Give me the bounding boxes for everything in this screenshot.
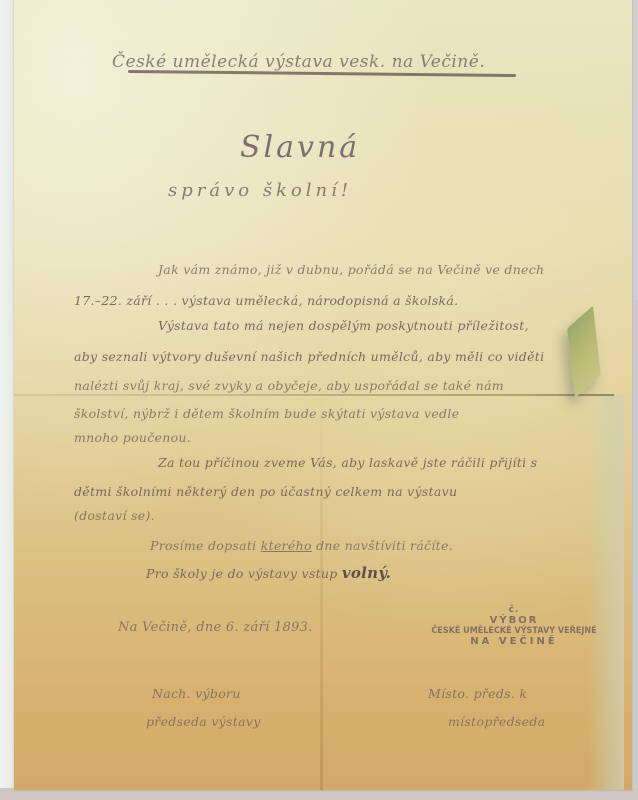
free-entry-emphasis: volný. xyxy=(342,564,391,582)
horizontal-fold-line xyxy=(14,394,614,396)
closing-request-line: Prosíme dopsati kterého dne navštíviti r… xyxy=(150,538,453,553)
body-line: Výstava tato má nejen dospělým poskytnou… xyxy=(158,318,529,333)
letterhead-title: České umělecká výstava vesk. na Večině. xyxy=(112,52,485,72)
body-line: nalézti svůj kraj, své zvyky a obyčeje, … xyxy=(74,378,504,393)
free-entry-text: Pro školy je do výstavy vstup xyxy=(146,566,338,581)
closing-request-text: Prosíme dopsati kterého dne navštíviti r… xyxy=(150,538,453,553)
signature-right-name: místopředseda xyxy=(448,714,545,729)
signature-left-name: předseda výstavy xyxy=(146,714,261,729)
stamp-mark: č. xyxy=(424,605,604,615)
body-line: Za tou příčinou zveme Vás, aby laskavě j… xyxy=(158,455,537,470)
signature-right-title: Místo. předs. k xyxy=(428,686,527,701)
underlined-word: kterého xyxy=(261,538,312,553)
body-line: (dostaví se). xyxy=(74,508,155,523)
stamp-line-3: NA VEČINĚ xyxy=(424,636,604,647)
body-line: dětmi školními některý den po účastný ce… xyxy=(74,484,457,499)
paper-right-strip xyxy=(588,395,624,790)
free-entry-line: Pro školy je do výstavy vstup volný. xyxy=(146,564,391,582)
body-line: školství, nýbrž i dětem školním bude ský… xyxy=(74,406,459,421)
date-place-line: Na Večině, dne 6. září 1893. xyxy=(118,620,313,635)
salutation-heading: Slavná xyxy=(240,130,360,165)
body-line: aby seznali výtvory duševní našich předn… xyxy=(74,349,544,364)
signature-left-title: Nach. výboru xyxy=(152,686,241,701)
stamp-line-2: ČESKÉ UMĚLECKÉ VÝSTAVY VEŘEJNÉ xyxy=(429,626,600,636)
body-line: 17.–22. září . . . výstava umělecká, nár… xyxy=(74,293,458,308)
committee-stamp: č. VÝBOR ČESKÉ UMĚLECKÉ VÝSTAVY VEŘEJNÉ … xyxy=(424,605,604,647)
body-line: mnoho poučenou. xyxy=(74,430,191,445)
stamp-line-1: VÝBOR xyxy=(424,615,604,626)
body-line: Jak vám známo, již v dubnu, pořádá se na… xyxy=(158,262,544,277)
salutation-subheading: správo školní! xyxy=(168,180,352,201)
